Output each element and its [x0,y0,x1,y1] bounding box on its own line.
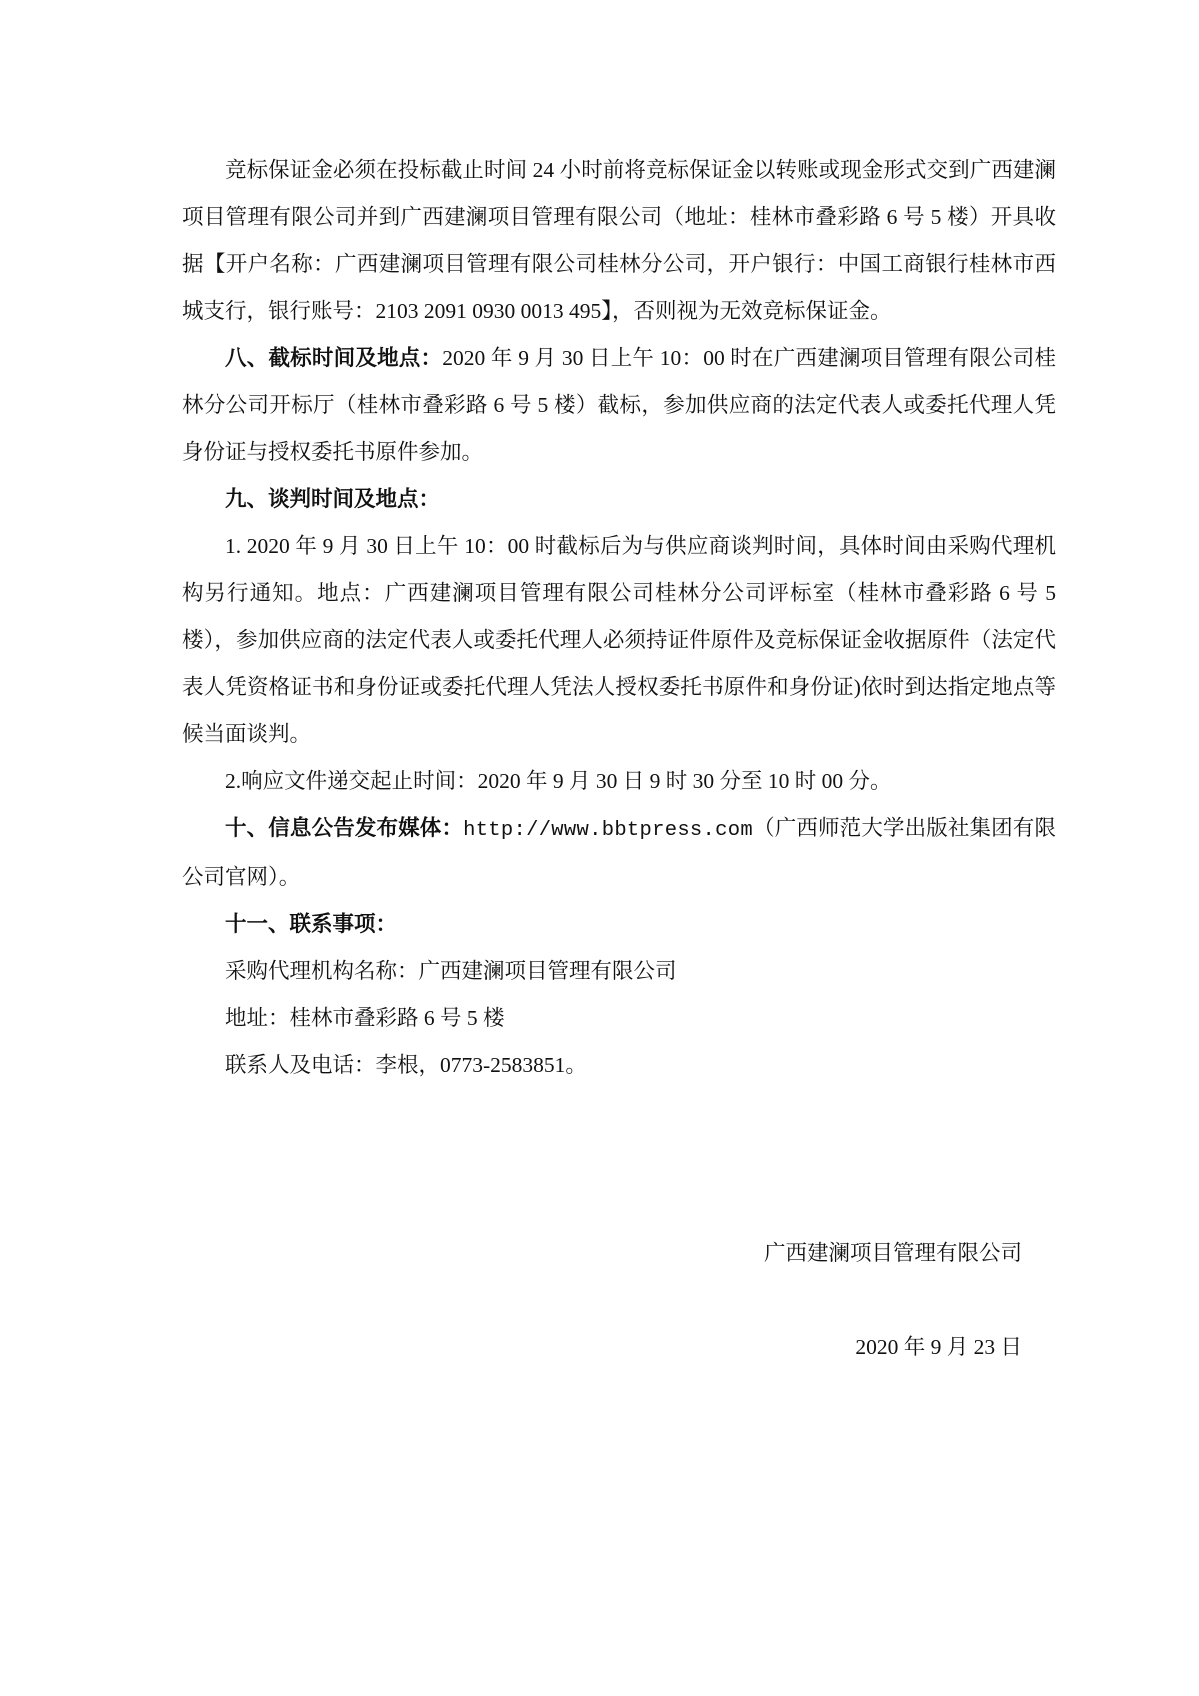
document-content: 竞标保证金必须在投标截止时间 24 小时前将竞标保证金以转账或现金形式交到广西建… [182,147,1056,1371]
paragraph-agency-address: 地址：桂林市叠彩路 6 号 5 楼 [182,995,1056,1042]
announcement-media-url: http://www.bbtpress.com [463,819,753,842]
paragraph-bid-deposit: 竞标保证金必须在投标截止时间 24 小时前将竞标保证金以转账或现金形式交到广西建… [182,147,1056,335]
paragraph-negotiation-schedule: 1. 2020 年 9 月 30 日上午 10：00 时截标后为与供应商谈判时间… [182,523,1056,758]
agency-name-text: 采购代理机构名称：广西建澜项目管理有限公司 [225,959,677,983]
heading-announcement-media: 十、信息公告发布媒体： [225,816,463,840]
bid-deposit-text: 竞标保证金必须在投标截止时间 24 小时前将竞标保证金以转账或现金形式交到广西建… [182,158,1056,323]
agency-address-text: 地址：桂林市叠彩路 6 号 5 楼 [225,1006,505,1030]
contact-matters-label: 十一、联系事项： [225,912,397,936]
paragraph-bid-deadline: 八、截标时间及地点：2020 年 9 月 30 日上午 10：00 时在广西建澜… [182,335,1056,476]
paragraph-agency-name: 采购代理机构名称：广西建澜项目管理有限公司 [182,948,1056,995]
heading-contact-matters: 十一、联系事项： [182,901,1056,948]
heading-negotiation-time: 九、谈判时间及地点： [182,476,1056,523]
document-page: 竞标保证金必须在投标截止时间 24 小时前将竞标保证金以转账或现金形式交到广西建… [0,0,1199,1696]
signature-company-name: 广西建澜项目管理有限公司 [182,1230,1056,1277]
signature-date: 2020 年 9 月 23 日 [182,1324,1056,1371]
contact-person-text: 联系人及电话：李根，0773-2583851。 [225,1053,587,1077]
paragraph-announcement-media: 十、信息公告发布媒体：http://www.bbtpress.com（广西师范大… [182,805,1056,901]
response-deadline-text: 2.响应文件递交起止时间：2020 年 9 月 30 日 9 时 30 分至 1… [225,769,892,793]
paragraph-contact-person: 联系人及电话：李根，0773-2583851。 [182,1042,1056,1089]
negotiation-schedule-text: 1. 2020 年 9 月 30 日上午 10：00 时截标后为与供应商谈判时间… [182,534,1056,746]
heading-bid-deadline: 八、截标时间及地点： [225,346,442,370]
signature-block: 广西建澜项目管理有限公司 2020 年 9 月 23 日 [182,1230,1056,1371]
negotiation-heading-label: 九、谈判时间及地点： [225,487,440,511]
paragraph-response-deadline: 2.响应文件递交起止时间：2020 年 9 月 30 日 9 时 30 分至 1… [182,758,1056,805]
